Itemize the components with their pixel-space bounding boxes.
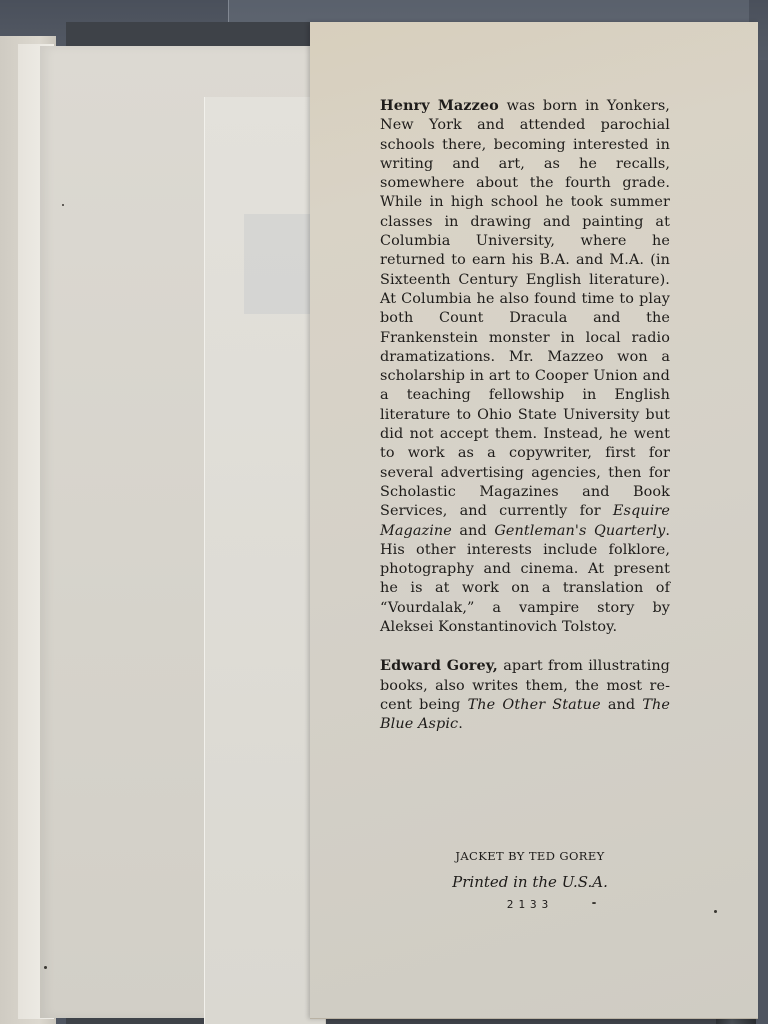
book-title: The Other Statue xyxy=(468,697,601,713)
printed-in-notice: Printed in the U.S.A. xyxy=(430,873,630,891)
page-shadow xyxy=(244,214,320,314)
jacket-credit: JACKET BY TED GOREY xyxy=(430,849,630,863)
author-bio: Henry Mazzeo was born in Yonkers, New Yo… xyxy=(380,96,670,754)
print-code: 2133 xyxy=(430,898,630,911)
bio-henry-mazzeo: Henry Mazzeo was born in Yonkers, New Yo… xyxy=(380,96,670,637)
publication-title: Gentleman's Quarterly xyxy=(494,523,665,539)
paper-speck xyxy=(714,910,717,913)
author-name: Henry Mazzeo xyxy=(380,97,499,114)
paper-speck xyxy=(62,204,64,206)
paper-speck xyxy=(44,966,47,969)
paper-speck xyxy=(592,902,596,904)
bio-edward-gorey: Edward Gorey, apart from illustrating bo… xyxy=(380,656,670,734)
illustrator-name: Edward Gorey, xyxy=(380,657,498,674)
